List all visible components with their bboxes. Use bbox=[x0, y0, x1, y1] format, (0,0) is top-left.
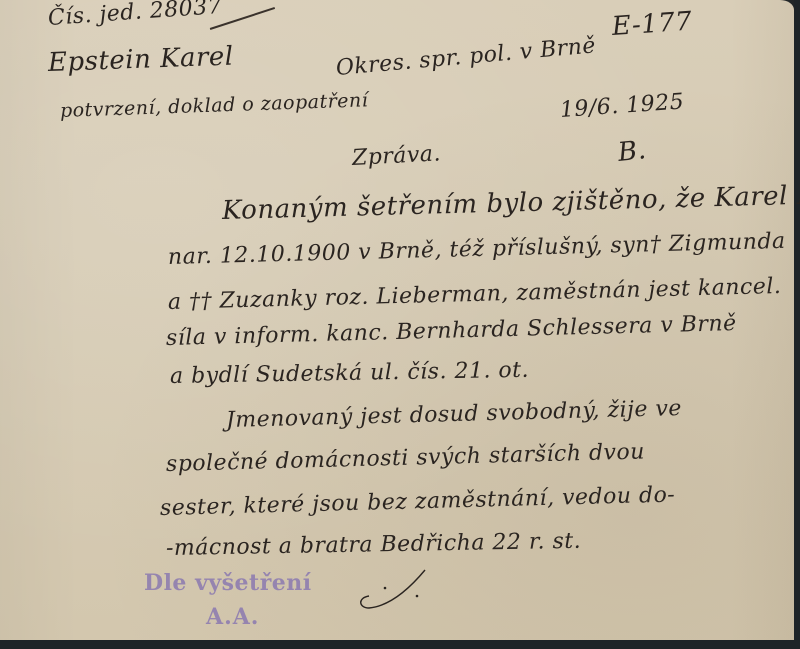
body-line: a †† Zuzanky roz. Lieberman, zaměstnán j… bbox=[168, 274, 782, 315]
issuing-office: Okres. spr. pol. v Brně bbox=[335, 33, 597, 81]
body-line: sester, které jsou bez zaměstnání, vedou… bbox=[160, 483, 676, 521]
body-line: nar. 12.10.1900 v Brně, též příslušný, s… bbox=[168, 229, 786, 270]
reference-number: Čís. jed. 28037 bbox=[47, 0, 223, 31]
file-code: E-177 bbox=[611, 6, 693, 42]
initial-signature: B. bbox=[616, 135, 647, 168]
stamp-line-1: Dle vyšetření bbox=[144, 570, 312, 596]
document-subject: potvrzení, doklad o zaopatření bbox=[60, 89, 369, 122]
body-line: -mácnost a bratra Bedřicha 22 r. st. bbox=[166, 529, 582, 561]
stamp-line-2: A.A. bbox=[206, 604, 259, 630]
signature-flourish-icon bbox=[355, 566, 435, 616]
body-line: a bydlí Sudetská ul. čís. 21. ot. bbox=[170, 358, 529, 389]
document-page: Čís. jed. 28037 Epstein Karel potvrzení,… bbox=[0, 0, 794, 640]
body-line: společné domácnosti svých starších dvou bbox=[166, 439, 646, 477]
document-date: 19/6. 1925 bbox=[559, 89, 685, 123]
body-line: síla v inform. kanc. Bernharda Schlesser… bbox=[166, 311, 737, 351]
body-line: Jmenovaný jest dosud svobodný, žije ve bbox=[226, 396, 683, 433]
body-line: Konaným šetřením bylo zjištěno, že Karel… bbox=[222, 178, 800, 226]
salutation: Zpráva. bbox=[351, 141, 441, 171]
person-name: Epstein Karel bbox=[47, 42, 234, 78]
